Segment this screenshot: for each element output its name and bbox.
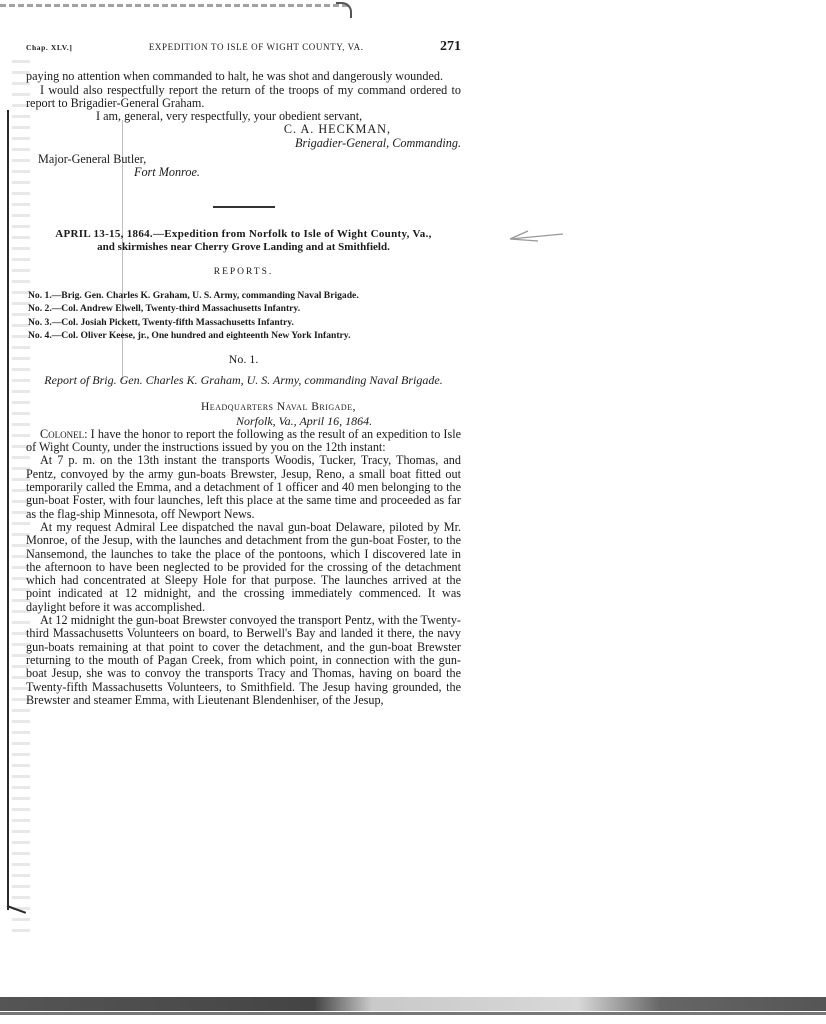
paragraph-continuation: paying no attention when commanded to ha… bbox=[26, 70, 461, 83]
section-divider bbox=[213, 206, 275, 208]
report-list-item: No. 2.—Col. Andrew Elwell, Twenty-third … bbox=[28, 302, 461, 316]
signature: C. A. HECKMAN, bbox=[26, 123, 461, 136]
page-number: 271 bbox=[440, 40, 461, 53]
scan-bottom-edge bbox=[0, 997, 826, 1011]
headquarters-place-date: Norfolk, Va., April 16, 1864. bbox=[26, 415, 461, 428]
scan-bottom-edge-line bbox=[0, 1012, 826, 1015]
chapter-label: Chap. XLV.] bbox=[26, 41, 72, 54]
section-heading: APRIL 13-15, 1864.—Expedition from Norfo… bbox=[26, 228, 461, 254]
report-paragraph: At 12 midnight the gun-boat Brewster con… bbox=[26, 614, 461, 707]
arrow-mark-icon bbox=[508, 228, 568, 248]
headquarters-line: Headquarters Naval Brigade, bbox=[26, 401, 461, 414]
addressee: Major-General Butler, bbox=[26, 153, 461, 166]
report-list: No. 1.—Brig. Gen. Charles K. Graham, U. … bbox=[26, 289, 461, 343]
scan-top-edge bbox=[0, 4, 350, 7]
salutation: Colonel: bbox=[40, 427, 88, 441]
paragraph-return: I would also respectfully report the ret… bbox=[26, 84, 461, 111]
report-paragraph-text: I have the honor to report the following… bbox=[26, 427, 461, 454]
section-heading-line1: APRIL 13-15, 1864.—Expedition from Norfo… bbox=[26, 228, 461, 241]
closing-line: I am, general, very respectfully, your o… bbox=[26, 110, 461, 123]
report-list-item: No. 3.—Col. Josiah Pickett, Twenty-fifth… bbox=[28, 316, 461, 330]
running-title: EXPEDITION TO ISLE OF WIGHT COUNTY, VA. bbox=[149, 41, 364, 54]
report-title: Report of Brig. Gen. Charles K. Graham, … bbox=[26, 374, 461, 387]
section-heading-line2: and skirmishes near Cherry Grove Landing… bbox=[26, 241, 461, 254]
report-paragraph: At my request Admiral Lee dispatched the… bbox=[26, 521, 461, 614]
running-head: Chap. XLV.] EXPEDITION TO ISLE OF WIGHT … bbox=[26, 40, 461, 54]
reports-label: REPORTS. bbox=[26, 266, 461, 279]
report-paragraph: Colonel: I have the honor to report the … bbox=[26, 428, 461, 455]
report-number: No. 1. bbox=[26, 353, 461, 366]
scan-binding-edge bbox=[7, 110, 9, 910]
signature-title: Brigadier-General, Commanding. bbox=[26, 137, 461, 150]
report-list-item: No. 1.—Brig. Gen. Charles K. Graham, U. … bbox=[28, 289, 461, 303]
report-paragraph: At 7 p. m. on the 13th instant the trans… bbox=[26, 454, 461, 520]
addressee-place: Fort Monroe. bbox=[26, 166, 461, 179]
report-list-item: No. 4.—Col. Oliver Keese, jr., One hundr… bbox=[28, 329, 461, 343]
document-page: Chap. XLV.] EXPEDITION TO ISLE OF WIGHT … bbox=[26, 40, 461, 707]
